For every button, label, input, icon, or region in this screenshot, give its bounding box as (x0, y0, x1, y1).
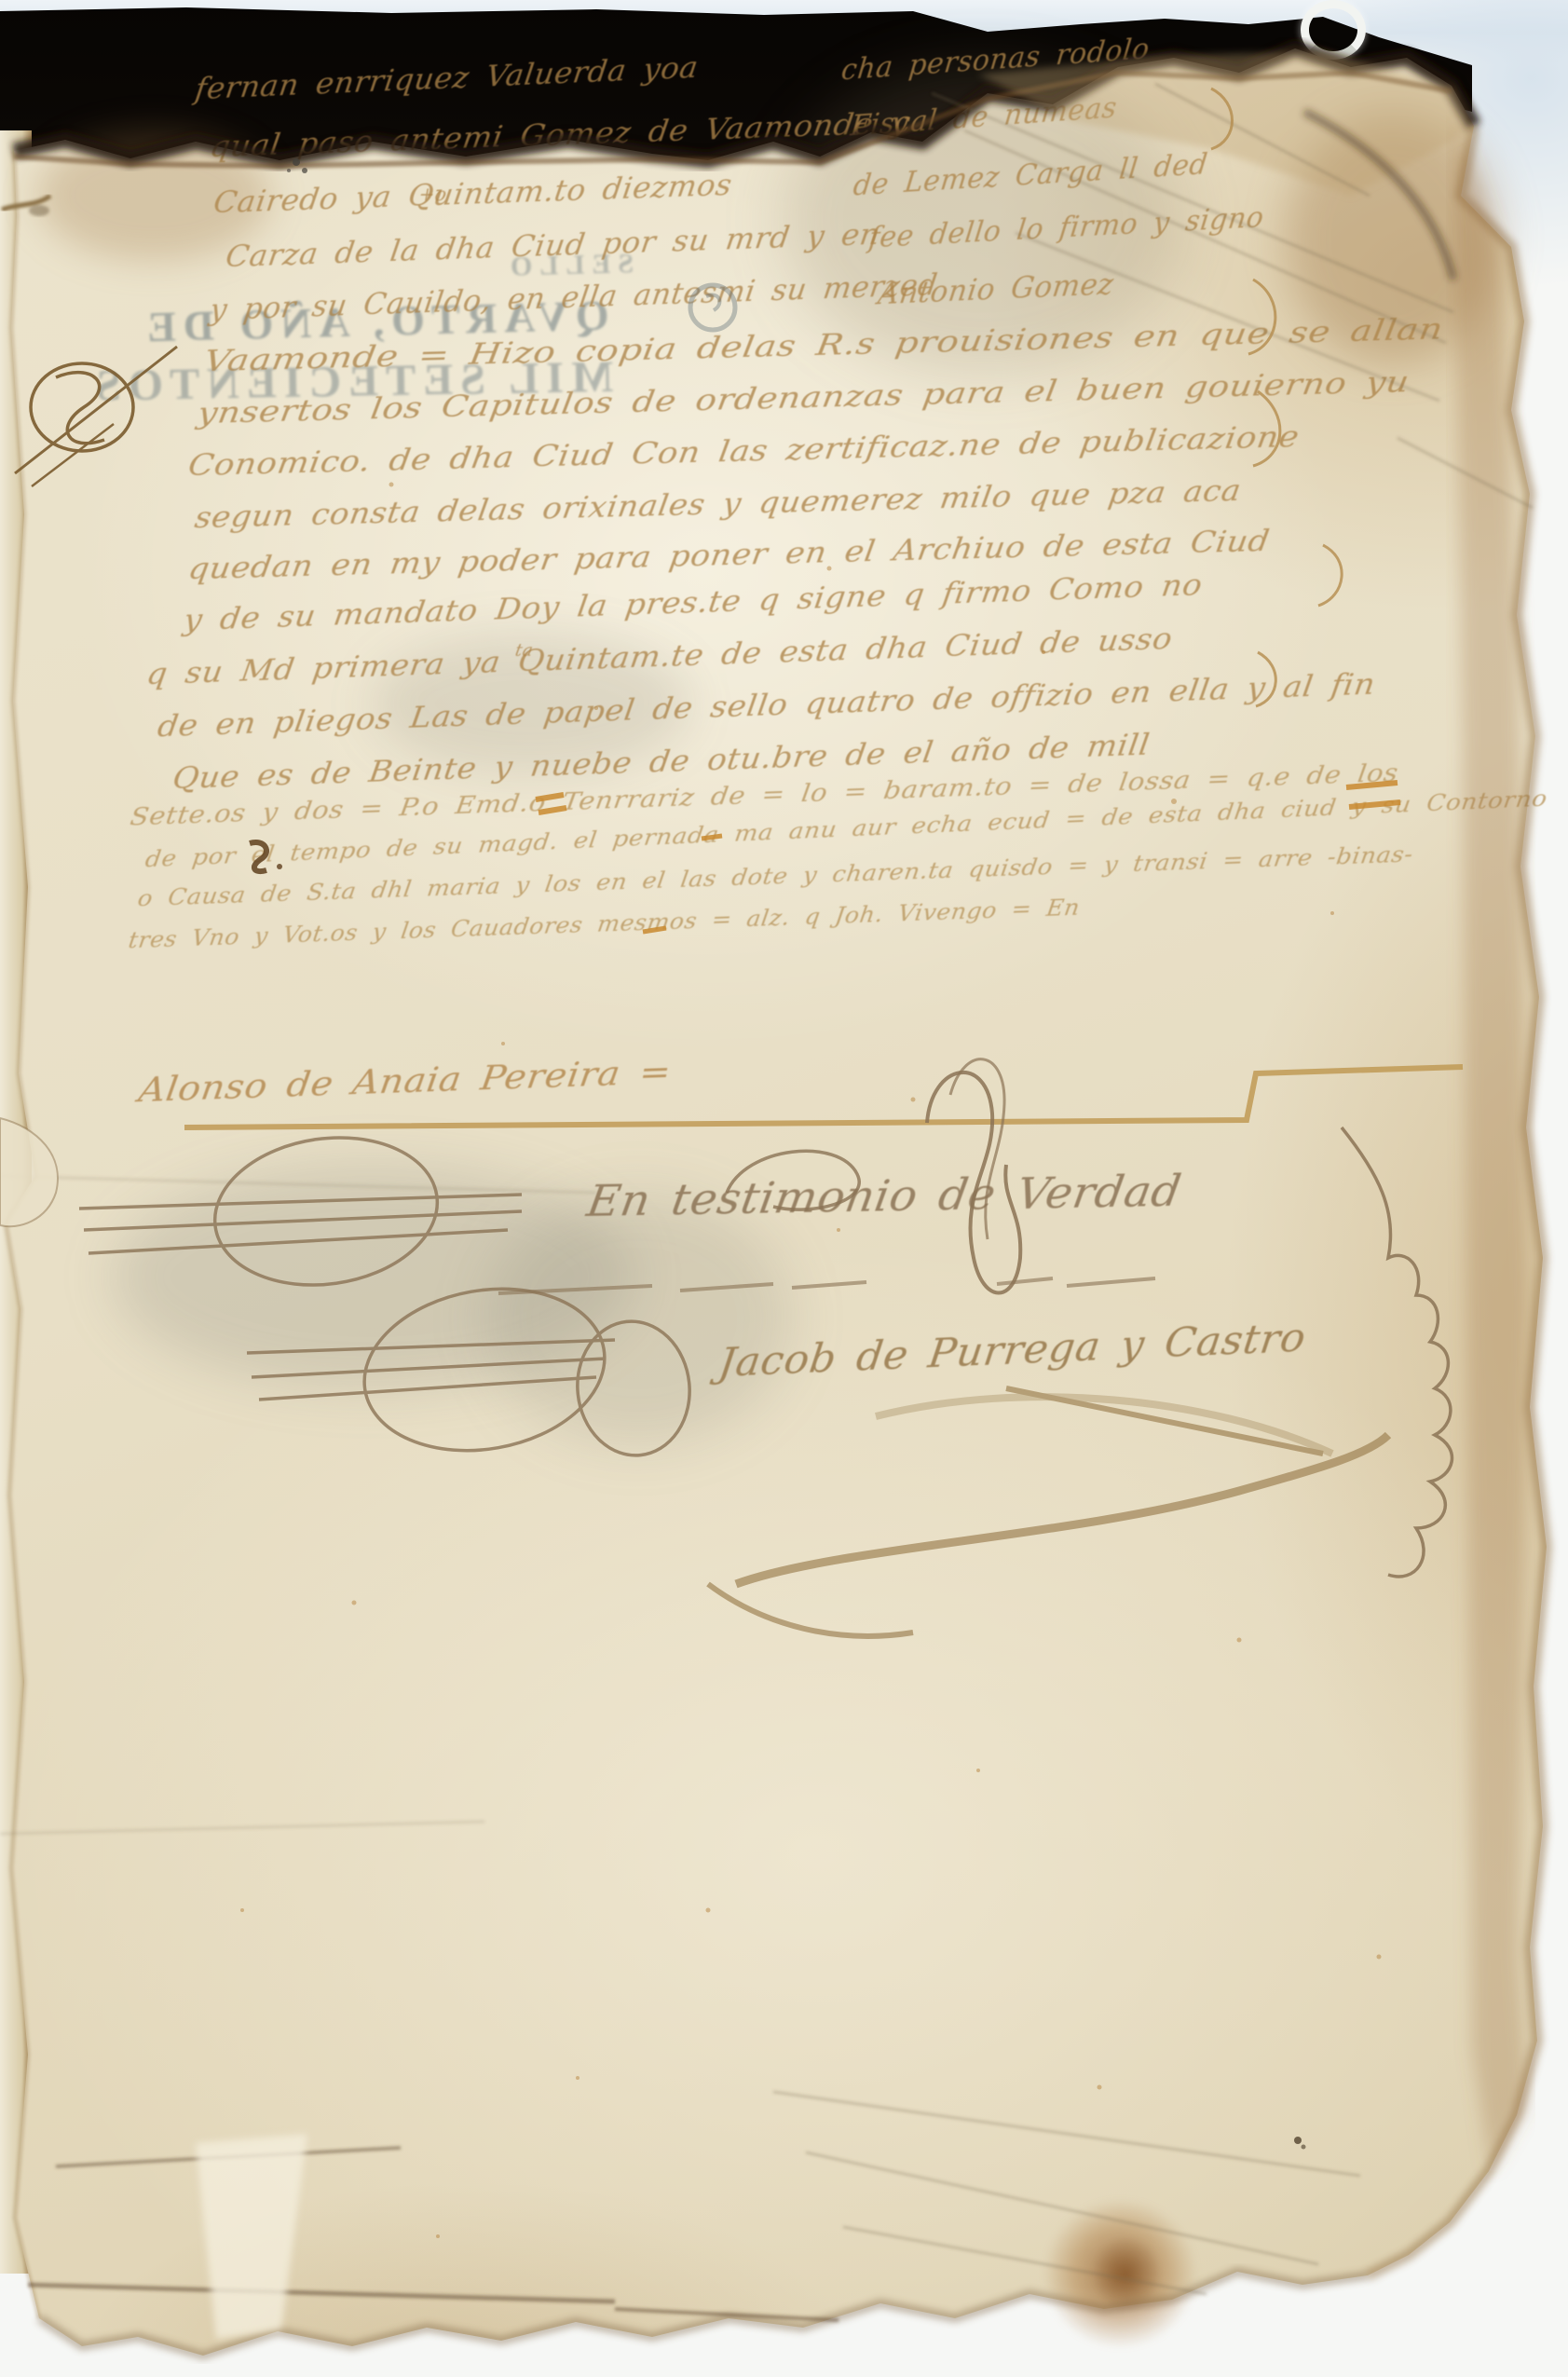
signature-line: En testimonio de Verdad (583, 1166, 1184, 1226)
manuscript-line: cha personas rodolo (839, 33, 1151, 87)
manuscript-line: Carza de la dha Ciud por su mrd y en (224, 217, 882, 274)
manuscript-line: Conomico. de dha Ciud Con las zertificaz… (186, 420, 1302, 483)
name-line: Alonso de Anaia Pereira = (136, 1053, 674, 1110)
manuscript-line: segun consta delas orixinales y quemerez… (193, 474, 1244, 536)
manuscript-line: +o (417, 183, 449, 205)
manuscript-line: fernan enrriquez Valuerda yoa (193, 50, 701, 106)
manuscript-line: fee dello lo firmo y signo (867, 201, 1266, 254)
manuscript-line: y por su Cauildo, en ella antesmi su mer… (208, 268, 940, 327)
manuscript-line: qual paso antemi Gomez de Vaamonde y (208, 106, 911, 164)
manuscript-line: de Lemez Carga ll ded (852, 148, 1209, 203)
manuscript-line: ynsertos los Capitulos de ordenanzas par… (196, 365, 1412, 430)
manuscript-line: Fiscal de numeas (849, 91, 1118, 143)
manuscript-line: Cairedo ya Quintam.to diezmos (211, 169, 734, 221)
scanned-manuscript-page: { "document": { "colors": { "paper": "#e… (0, 0, 1568, 2377)
handwritten-text-block: fernan enrriquez Valuerda yoacha persona… (0, 0, 1568, 2377)
signature-line: Jacob de Purrega y Castro (716, 1315, 1309, 1387)
manuscript-line: ta (513, 641, 535, 661)
